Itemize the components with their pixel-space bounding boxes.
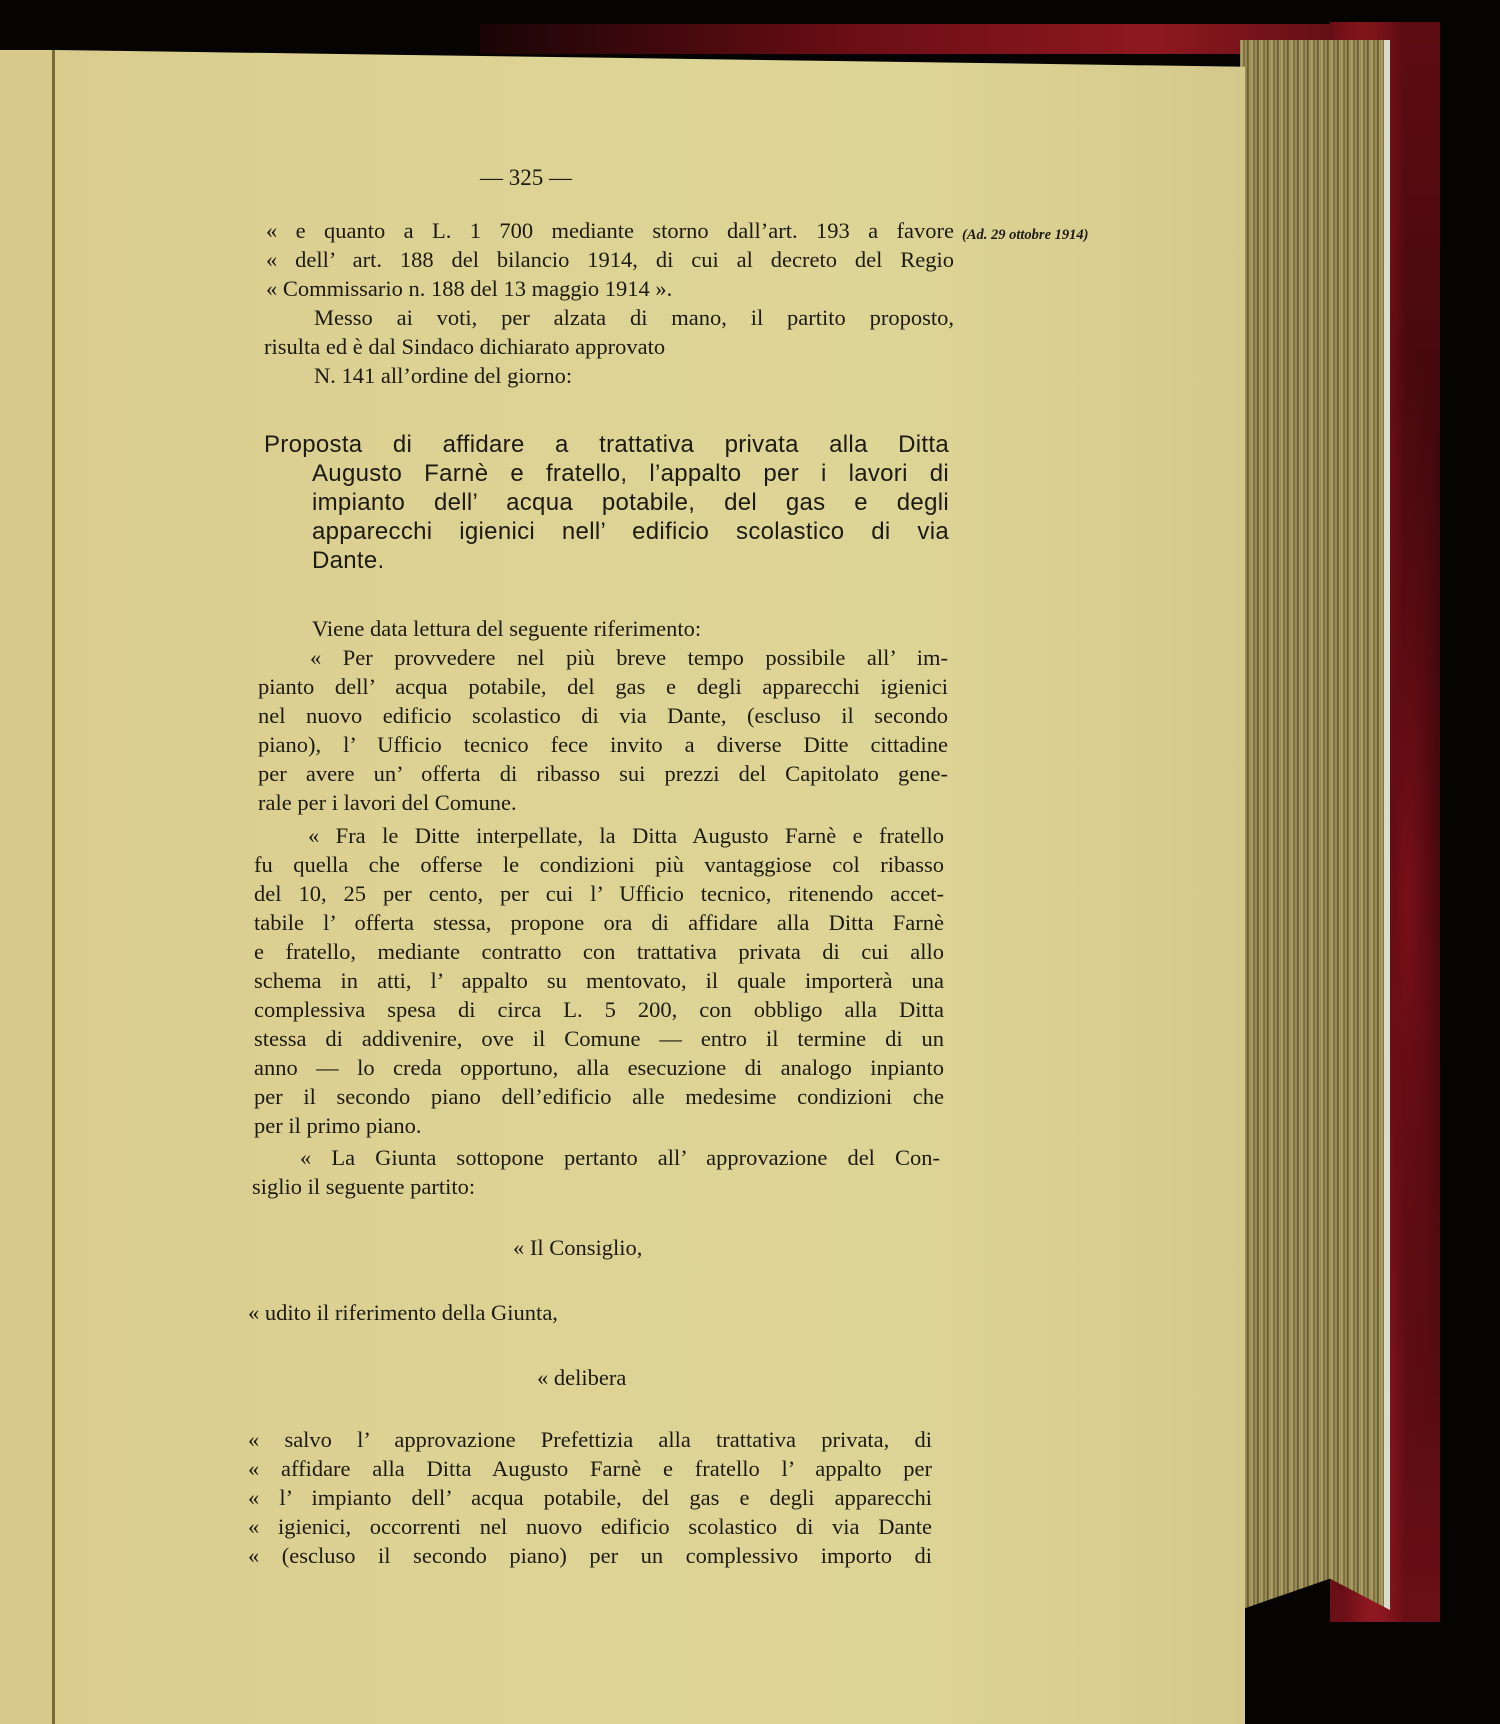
- text-line: e fratello, mediante contratto con tratt…: [254, 937, 944, 966]
- heading-line: Dante.: [264, 546, 949, 575]
- text-line: rale per i lavori del Comune.: [258, 788, 948, 817]
- text-line: « igienici, occorrenti nel nuovo edifici…: [248, 1512, 932, 1541]
- text-line: « Per provvedere nel più breve tempo pos…: [258, 643, 948, 672]
- text-line: « affidare alla Ditta Augusto Farnè e fr…: [248, 1454, 932, 1483]
- heading-line: impianto dell’ acqua potabile, del gas e…: [264, 488, 949, 517]
- page-edges: [1240, 40, 1390, 1610]
- page-number: — 325 —: [480, 165, 572, 191]
- opening-quote-block: « e quanto a L. 1 700 mediante storno da…: [266, 216, 954, 303]
- delibera-line: « delibera: [537, 1365, 626, 1391]
- margin-date-note: (Ad. 29 ottobre 1914): [962, 227, 1088, 244]
- text-line: « e quanto a L. 1 700 mediante storno da…: [266, 216, 954, 245]
- consiglio-line: « Il Consiglio,: [513, 1235, 642, 1261]
- resolution-block: « salvo l’ approvazione Prefettizia alla…: [248, 1425, 932, 1570]
- paragraph-3: « La Giunta sottopone pertanto all’ appr…: [252, 1143, 940, 1201]
- text-line: del 10, 25 per cento, per cui l’ Ufficio…: [254, 879, 944, 908]
- text-line: complessiva spesa di circa L. 5 200, con…: [254, 995, 944, 1024]
- text-line: per il primo piano.: [254, 1111, 944, 1140]
- text-line: per avere un’ offerta di ribasso sui pre…: [258, 759, 948, 788]
- text-line: « dell’ art. 188 del bilancio 1914, di c…: [266, 245, 954, 274]
- text-line: pianto dell’ acqua potabile, del gas e d…: [258, 672, 948, 701]
- text-line: stessa di addivenire, ove il Comune — en…: [254, 1024, 944, 1053]
- text-line: « l’ impianto dell’ acqua potabile, del …: [248, 1483, 932, 1512]
- text-line: schema in atti, l’ appalto su mentovato,…: [254, 966, 944, 995]
- text-line: siglio il seguente partito:: [252, 1172, 940, 1201]
- text-line: Messo ai voti, per alzata di mano, il pa…: [264, 303, 954, 332]
- section-heading: Proposta di affidare a trattativa privat…: [264, 430, 949, 575]
- text-line: « (escluso il secondo piano) per un comp…: [248, 1541, 932, 1570]
- heading-line: Proposta di affidare a trattativa privat…: [264, 430, 949, 459]
- intro-line: Viene data lettura del seguente riferime…: [312, 614, 701, 643]
- text-line: nel nuovo edificio scolastico di via Dan…: [258, 701, 948, 730]
- text-line: tabile l’ offerta stessa, propone ora di…: [254, 908, 944, 937]
- text-line: piano), l’ Ufficio tecnico fece invito a…: [258, 730, 948, 759]
- paragraph-2: « Fra le Ditte interpellate, la Ditta Au…: [254, 821, 944, 1140]
- left-page-edge: [0, 50, 55, 1724]
- agenda-item: N. 141 all’ordine del giorno:: [314, 361, 572, 390]
- text-line: « Fra le Ditte interpellate, la Ditta Au…: [254, 821, 944, 850]
- heading-line: Augusto Farnè e fratello, l’appalto per …: [264, 459, 949, 488]
- text-line: per il secondo piano dell’edificio alle …: [254, 1082, 944, 1111]
- text-line: « La Giunta sottopone pertanto all’ appr…: [252, 1143, 940, 1172]
- text-line: « salvo l’ approvazione Prefettizia alla…: [248, 1425, 932, 1454]
- vote-paragraph: Messo ai voti, per alzata di mano, il pa…: [264, 303, 954, 361]
- text-line: risulta ed è dal Sindaco dichiarato appr…: [264, 332, 954, 361]
- text-line: anno — lo creda opportuno, alla esecuzio…: [254, 1053, 944, 1082]
- heading-line: apparecchi igienici nell’ edificio scola…: [264, 517, 949, 546]
- udito-line: « udito il riferimento della Giunta,: [248, 1300, 558, 1326]
- text-line: « Commissario n. 188 del 13 maggio 1914 …: [266, 274, 954, 303]
- paragraph-1: « Per provvedere nel più breve tempo pos…: [258, 643, 948, 817]
- text-line: fu quella che offerse le condizioni più …: [254, 850, 944, 879]
